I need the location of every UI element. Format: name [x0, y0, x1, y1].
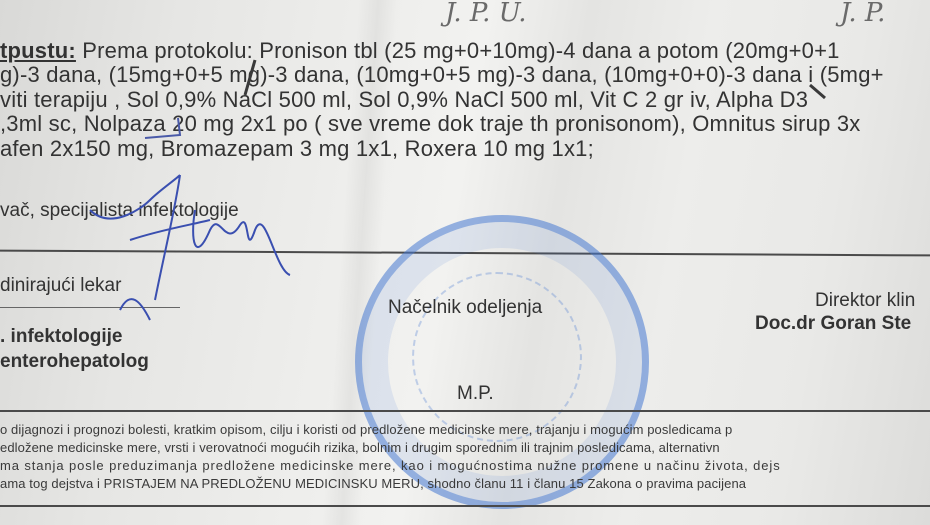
- signature: [80, 170, 320, 330]
